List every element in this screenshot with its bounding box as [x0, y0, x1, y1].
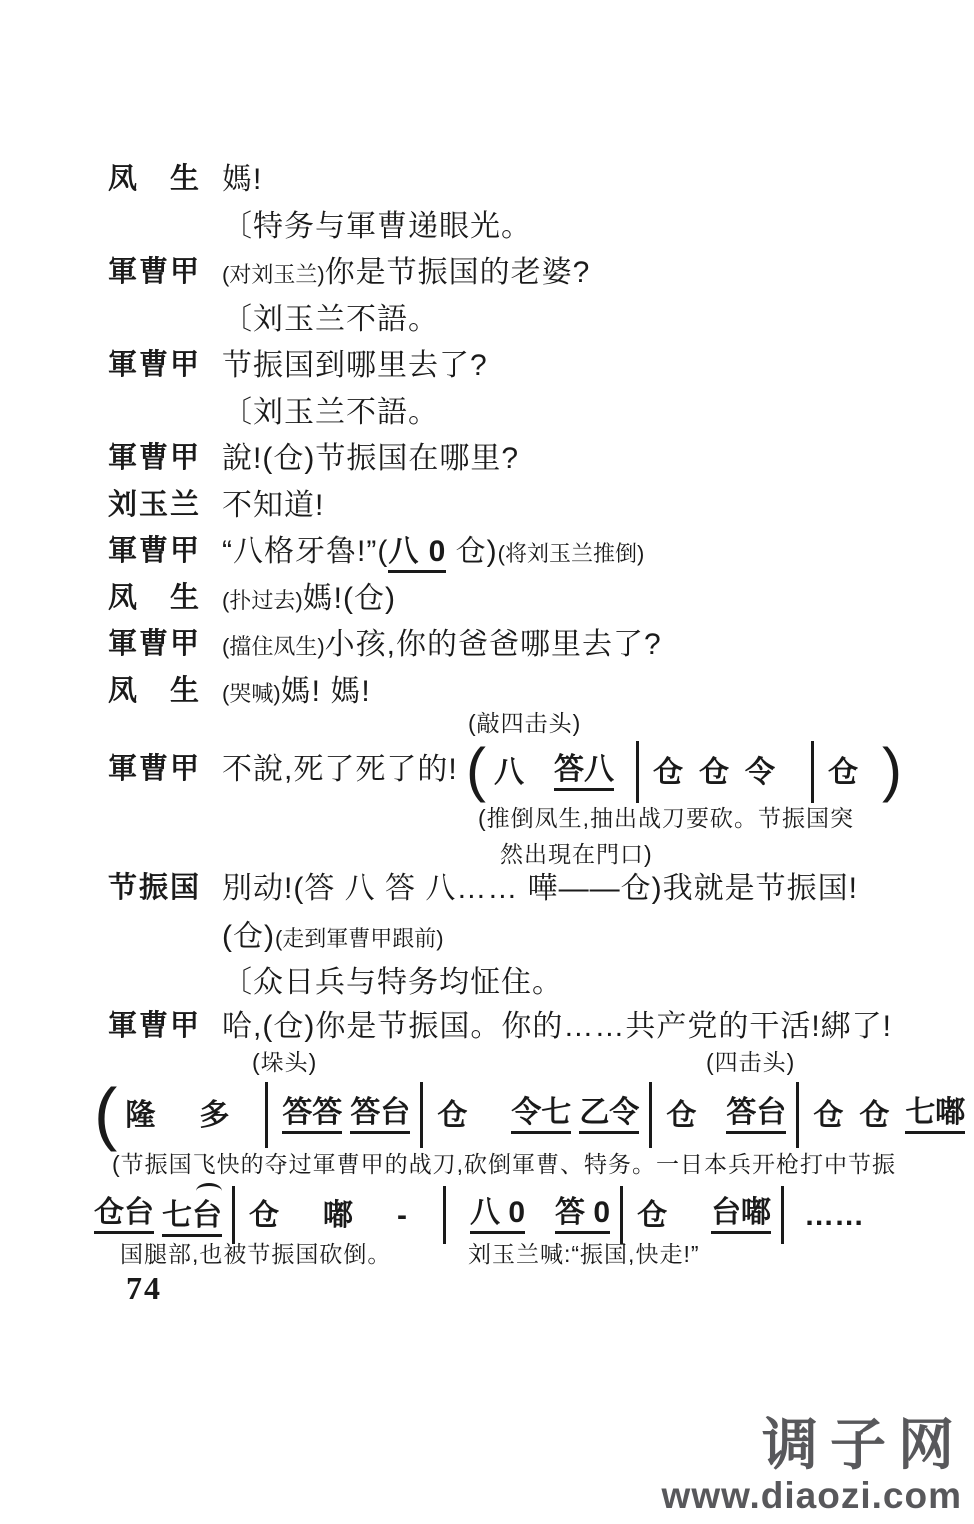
- dialogue-main: (仓): [222, 920, 275, 953]
- open-paren: (: [94, 1082, 117, 1145]
- stage-caption: 然出現在門口): [500, 836, 653, 869]
- script-line: (仓)(走到軍曹甲跟前): [222, 920, 444, 955]
- barline: [811, 741, 814, 803]
- dialogue-main: 小孩,你的爸爸哪里去了?: [325, 628, 662, 661]
- percussion-syllable: 仓台: [94, 1196, 154, 1234]
- stage-caption: 刘玉兰喊:“振国,快走!”: [468, 1236, 700, 1269]
- dialogue-main: 你是节振国的老婆?: [325, 256, 591, 289]
- percussion-syllable: 答台: [726, 1096, 786, 1134]
- stage-note: (扑过去): [222, 588, 303, 613]
- dialogue-text: 哈,(仓)你是节振国。你的……共产党的干活!綁了!: [222, 1010, 892, 1045]
- percussion-syllable: -: [397, 1199, 407, 1232]
- script-line: 凤 生 (哭喊)媽! 媽!: [108, 675, 371, 710]
- percussion-syllable: 台嘟: [711, 1196, 771, 1234]
- barline: [781, 1186, 784, 1244]
- dialogue-main: “八格牙魯!”(: [222, 535, 388, 568]
- speaker-name: 节振国: [108, 872, 222, 905]
- speaker-name: 凤 生: [108, 163, 222, 196]
- stage-note: (哭喊): [222, 681, 281, 706]
- dialogue-text: (扑过去)媽!(仓): [222, 582, 396, 617]
- stage-direction: 〔众日兵与特务均怔住。: [222, 966, 563, 1001]
- script-line: 軍曹甲 (擋住凤生)小孩,你的爸爸哪里去了?: [108, 628, 662, 663]
- percussion-syllable: 隆: [125, 1099, 155, 1132]
- dialogue-text: 不知道!: [222, 489, 324, 524]
- dialogue-text: “八格牙魯!”(八 0 仓)(将刘玉兰推倒): [222, 535, 644, 570]
- percussion-syllable: ……: [804, 1199, 864, 1232]
- percussion-syllable: 答 0: [555, 1196, 610, 1234]
- watermark: 调子网 www.diaozi.com: [662, 1416, 962, 1514]
- script-line: 軍曹甲 (对刘玉兰)你是节振国的老婆?: [108, 256, 590, 291]
- script-line: 节振国 別动!(答 八 答 八…… 嘩——仓)我就是节振国!: [108, 872, 858, 907]
- percussion-syllable: 嘟: [323, 1199, 353, 1232]
- script-line: 〔特务与軍曹递眼光。: [222, 210, 532, 245]
- dialogue-text: (哭喊)媽! 媽!: [222, 675, 371, 710]
- percussion-syllable: 答答: [282, 1096, 342, 1134]
- percussion-syllable: 仓: [859, 1099, 889, 1132]
- stage-caption: 国腿部,也被节振国砍倒。: [120, 1236, 391, 1269]
- script-line: 〔刘玉兰不語。: [222, 396, 439, 431]
- dialogue-text: 媽!: [222, 163, 262, 198]
- script-line: 凤 生 (扑过去)媽!(仓): [108, 582, 396, 617]
- script-line: 〔刘玉兰不語。: [222, 303, 439, 338]
- dialogue-text: (对刘玉兰)你是节振国的老婆?: [222, 256, 590, 291]
- stage-note: (走到軍曹甲跟前): [275, 926, 444, 951]
- stage-direction: 〔特务与軍曹递眼光。: [222, 210, 532, 245]
- dialogue-text: 不說,死了死了的!: [222, 753, 458, 788]
- speaker-name: 軍曹甲: [108, 628, 222, 661]
- tied-syllable-group: 七台: [162, 1199, 226, 1232]
- scanned-script-page: 凤 生 媽! 〔特务与軍曹递眼光。 軍曹甲 (对刘玉兰)你是节振国的老婆? 〔刘…: [0, 0, 974, 1524]
- barline: [443, 1186, 446, 1244]
- dialogue-text: 說!(仓)节振国在哪里?: [222, 442, 519, 477]
- percussion-syllable: 仓: [437, 1099, 467, 1132]
- close-paren: ): [882, 743, 902, 797]
- dialogue-text: (仓)(走到軍曹甲跟前): [222, 920, 444, 955]
- stage-direction: 〔刘玉兰不語。: [222, 303, 439, 338]
- percussion-syllable: 多: [199, 1099, 229, 1132]
- speaker-name: 軍曹甲: [108, 753, 222, 786]
- speaker-name: 軍曹甲: [108, 442, 222, 475]
- speaker-name: 軍曹甲: [108, 535, 222, 568]
- percussion-syllable: 仓: [813, 1099, 843, 1132]
- percussion-label: (垛头): [252, 1044, 317, 1077]
- percussion-syllable: 七台: [162, 1199, 222, 1237]
- percussion-syllable: 仓: [637, 1199, 667, 1232]
- speaker-name: 軍曹甲: [108, 1010, 222, 1043]
- script-line: 軍曹甲 不說,死了死了的!: [108, 753, 458, 788]
- tie-mark-icon: [196, 1183, 222, 1199]
- script-line: 凤 生 媽!: [108, 163, 262, 198]
- speaker-name: 刘玉兰: [108, 489, 222, 522]
- percussion-label: (敲四击头): [468, 705, 581, 738]
- watermark-url: www.diaozi.com: [662, 1477, 962, 1514]
- speaker-name: 凤 生: [108, 675, 222, 708]
- stage-caption: (节振国飞快的夺过軍曹甲的战刀,砍倒軍曹、特务。一日本兵开枪打中节振: [112, 1146, 896, 1179]
- dialogue-main: 仓): [446, 535, 497, 568]
- percussion-syllable: 八 0: [470, 1196, 525, 1234]
- page-number: 74: [126, 1270, 162, 1307]
- barline: [265, 1082, 268, 1148]
- percussion-syllable: 答八: [554, 753, 614, 791]
- script-line: 〔众日兵与特务均怔住。: [222, 966, 563, 1001]
- script-line: 軍曹甲 节振国到哪里去了?: [108, 349, 488, 384]
- stage-direction: 〔刘玉兰不語。: [222, 396, 439, 431]
- percussion-syllable: 令: [745, 756, 775, 789]
- underlined-beat: 八 0: [388, 535, 446, 573]
- stage-note: (将刘玉兰推倒): [498, 541, 645, 566]
- dialogue-text: 別动!(答 八 答 八…… 嘩——仓)我就是节振国!: [222, 872, 858, 907]
- open-paren: (: [466, 743, 486, 797]
- script-line: 刘玉兰 不知道!: [108, 489, 324, 524]
- barline: [420, 1082, 423, 1148]
- dialogue-text: (擋住凤生)小孩,你的爸爸哪里去了?: [222, 628, 662, 663]
- percussion-syllable: 仓: [249, 1199, 279, 1232]
- speaker-name: 軍曹甲: [108, 349, 222, 382]
- speaker-name: 軍曹甲: [108, 256, 222, 289]
- stage-note: (对刘玉兰): [222, 262, 325, 287]
- percussion-syllable: 令七: [511, 1096, 571, 1134]
- script-line: 軍曹甲 “八格牙魯!”(八 0 仓)(将刘玉兰推倒): [108, 535, 644, 570]
- percussion-syllable: 八: [494, 756, 524, 789]
- barline: [636, 741, 639, 803]
- stage-caption: (推倒凤生,抽出战刀要砍。节振国突: [478, 800, 854, 833]
- stage-note: (擋住凤生): [222, 634, 325, 659]
- script-line: 軍曹甲 說!(仓)节振国在哪里?: [108, 442, 519, 477]
- dialogue-main: 媽!(仓): [303, 582, 396, 615]
- percussion-label: (四击头): [706, 1044, 795, 1077]
- watermark-site-name: 调子网: [662, 1416, 966, 1475]
- percussion-syllable: 答台: [350, 1096, 410, 1134]
- percussion-syllable: 仓: [828, 756, 858, 789]
- percussion-syllable: 七嘟: [905, 1096, 965, 1134]
- script-line: 軍曹甲 哈,(仓)你是节振国。你的……共产党的干活!綁了!: [108, 1010, 892, 1045]
- percussion-syllable: 仓: [666, 1099, 696, 1132]
- percussion-syllable: 乙令: [579, 1096, 639, 1134]
- speaker-name: 凤 生: [108, 582, 222, 615]
- barline: [649, 1082, 652, 1148]
- percussion-syllable: 仓: [699, 756, 729, 789]
- dialogue-text: 节振国到哪里去了?: [222, 349, 488, 384]
- dialogue-main: 媽! 媽!: [281, 675, 371, 708]
- percussion-syllable: 仓: [653, 756, 683, 789]
- barline: [796, 1082, 799, 1148]
- percussion-notation: ( 八 答八 仓 仓 令 仓 ): [458, 736, 910, 808]
- percussion-notation: ( 隆 多 答答 答台 仓 令七 乙令 仓 答台 仓 仓 七嘟: [86, 1078, 974, 1152]
